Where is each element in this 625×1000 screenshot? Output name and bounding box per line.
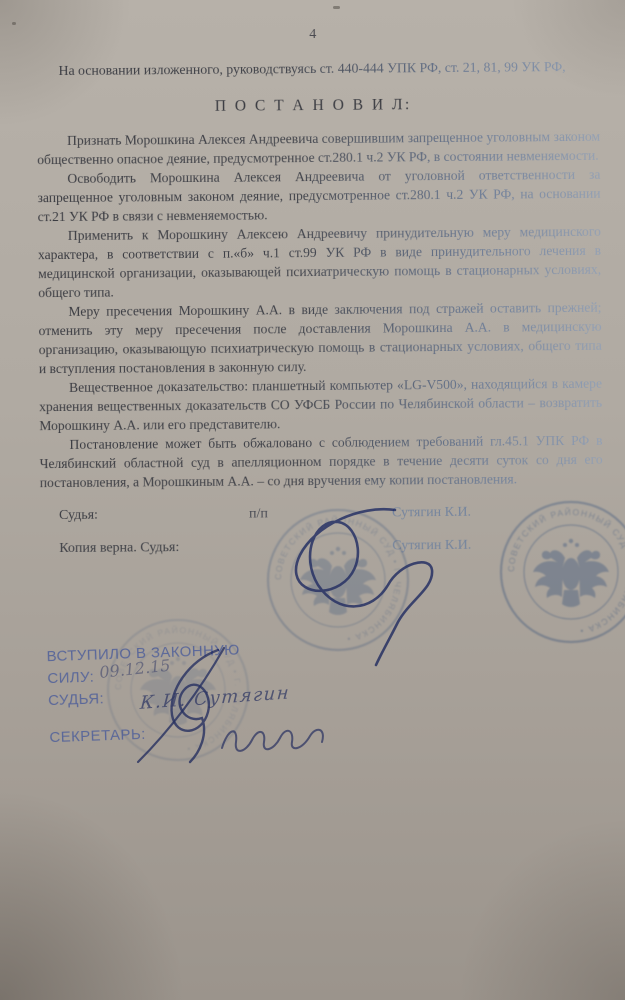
resolution-heading: П О С Т А Н О В И Л:: [1, 94, 625, 117]
paragraph-detention-measure: Меру пресечения Морошкину А.А. в виде за…: [38, 297, 602, 377]
page-number: 4: [0, 25, 625, 46]
ruling-body: Признать Морошкина Алексея Андреевича со…: [1, 126, 625, 492]
paragraph-evidence: Вещественное доказательство: планшетный …: [39, 373, 602, 434]
judge-name-copy: Сутягин К.И.: [392, 537, 471, 554]
scanned-document-page: 4 На основании изложенного, руководствуя…: [0, 0, 625, 1000]
paragraph-recognize: Признать Морошкина Алексея Андреевича со…: [37, 126, 600, 168]
paragraph-appeal: Постановление может быть обжаловано с со…: [39, 430, 602, 491]
intro-paragraph: На основании изложенного, руководствуясь…: [6, 57, 601, 81]
judge-name: Сутягин К.И.: [392, 504, 471, 521]
entered-into-force-stamp: ВСТУПИЛО В ЗАКОННУЮ СИЛУ: СУДЬЯ: СЕКРЕТА…: [46, 638, 289, 749]
copy-certification-label: Копия верна. Судья:: [59, 540, 179, 557]
paragraph-apply-measure: Применить к Морошкину Алексею Андреевичу…: [38, 221, 602, 301]
paragraph-release: Освободить Морошкина Алексея Андреевича …: [37, 164, 600, 225]
copy-certification-row: Копия верна. Судья: Сутягин К.И.: [4, 536, 625, 561]
pp-mark: п/п: [249, 506, 268, 522]
judge-label: Судья:: [59, 507, 98, 523]
document-content: 4 На основании изложенного, руководствуя…: [0, 0, 625, 1000]
judge-signature-row: Судья: п/п Сутягин К.И.: [4, 503, 625, 528]
